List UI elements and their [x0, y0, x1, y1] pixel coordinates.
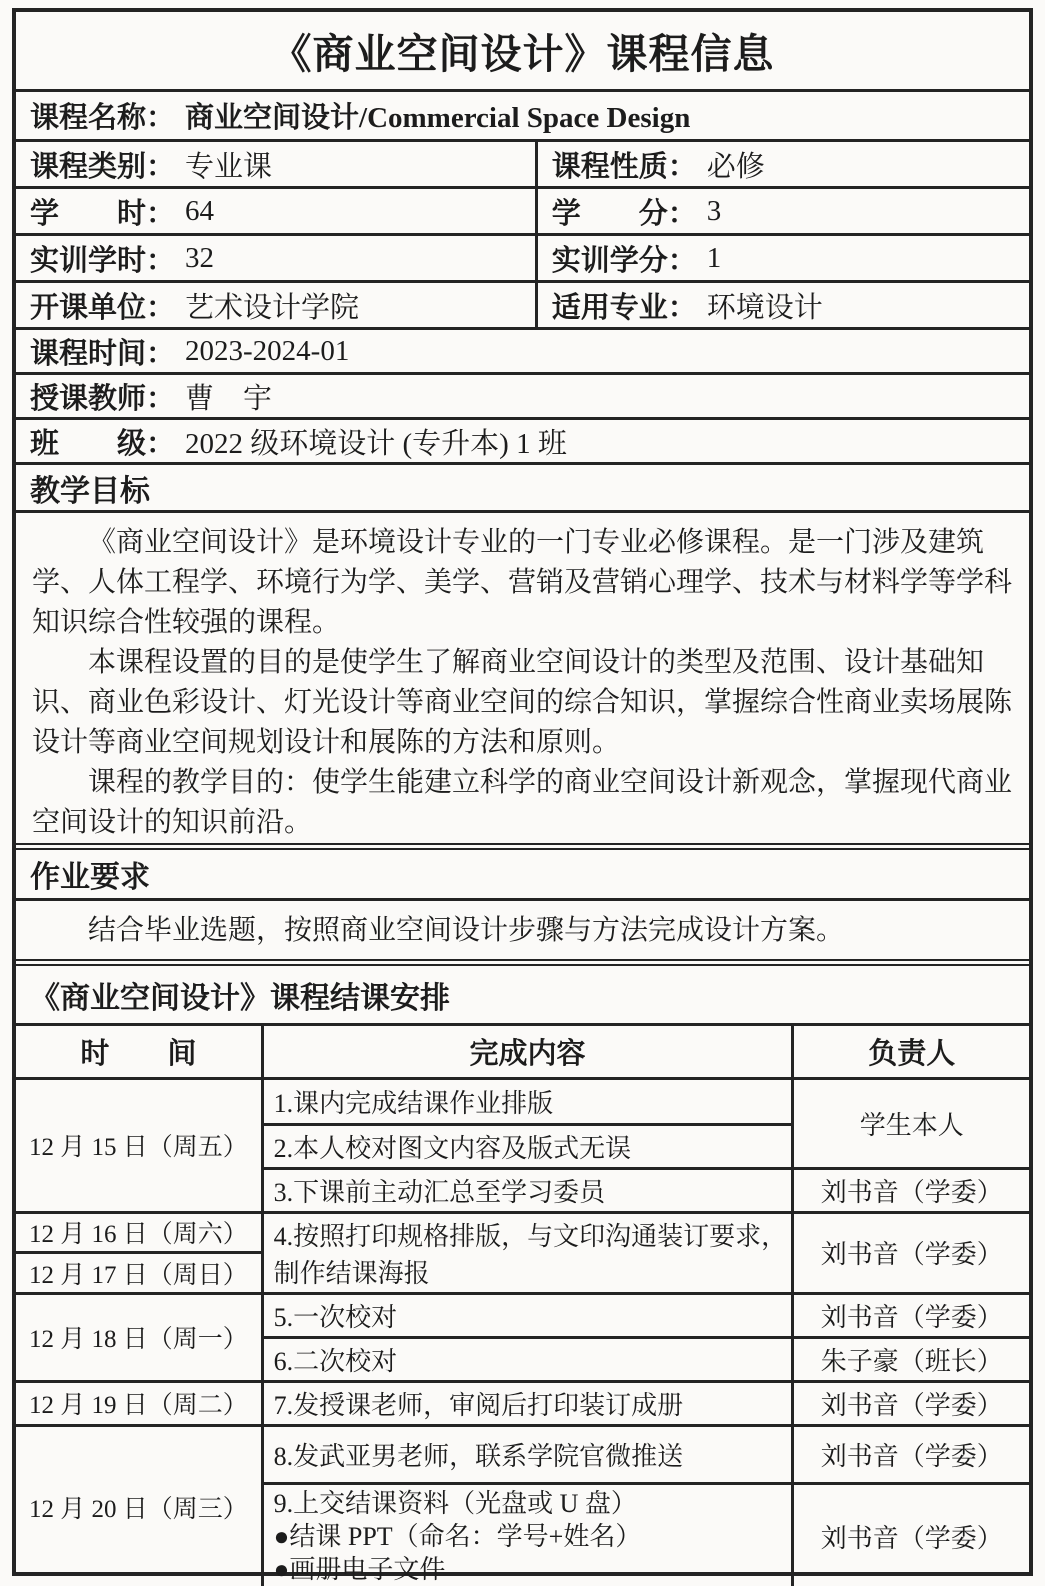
task-cell: 7.发授课老师，审阅后打印装订成册: [262, 1381, 793, 1425]
schedule-row: 12 月 18 日（周一） 5.一次校对 刘书音（学委）: [16, 1293, 1029, 1337]
schedule-row: 12 月 20 日（周三） 8.发武亚男老师，联系学院官微推送 刘书音（学委）: [16, 1425, 1029, 1483]
schedule-row: 12 月 16 日（周六） 4.按照打印规格排版，与文印沟通装订要求，制作结课海…: [16, 1212, 1029, 1253]
task-cell: 5.一次校对: [262, 1293, 793, 1337]
class-value: 2022 级环境设计 (专升本) 1 班: [185, 421, 567, 462]
training-hours-label: 实训学时：: [30, 238, 175, 279]
schedule-row: 12 月 15 日（周五） 1.课内完成结课作业排版 学生本人: [16, 1078, 1029, 1124]
training-hours-cell: 实训学时： 32: [16, 236, 538, 280]
schedule-header-row: 时 间 完成内容 负责人: [16, 1026, 1029, 1078]
date-cell: 12 月 15 日（周五）: [16, 1078, 262, 1212]
date-cell: 12 月 20 日（周三）: [16, 1425, 262, 1586]
training-credits-label: 实训学分：: [552, 238, 697, 279]
course-nature-label: 课程性质：: [552, 144, 697, 185]
person-cell: 学生本人: [793, 1078, 1029, 1168]
task-cell: 6.二次校对: [262, 1337, 793, 1381]
teaching-goals-paragraph: 课程的教学目的：使学生能建立科学的商业空间设计新观念，掌握现代商业空间设计的知识…: [32, 763, 1013, 843]
schedule-table: 时 间 完成内容 负责人 12 月 15 日（周五） 1.课内完成结课作业排版 …: [16, 1026, 1029, 1586]
course-time-value: 2023-2024-01: [185, 335, 349, 368]
teacher-label: 授课教师：: [30, 376, 175, 417]
class-label: 班 级：: [30, 421, 175, 462]
course-nature-cell: 课程性质： 必修: [538, 142, 1029, 186]
credits-value: 3: [707, 195, 722, 228]
class-hours-label: 学 时：: [30, 191, 175, 232]
training-credits-value: 1: [707, 242, 722, 275]
person-cell: 刘书音（学委）: [793, 1212, 1029, 1293]
task-line: 9.上交结课资料（光盘或 U 盘）: [274, 1487, 788, 1520]
schedule-header-person: 负责人: [793, 1026, 1029, 1078]
person-cell: 刘书音（学委）: [793, 1168, 1029, 1212]
schedule-row: 12 月 19 日（周二） 7.发授课老师，审阅后打印装订成册 刘书音（学委）: [16, 1381, 1029, 1425]
schedule-header-time: 时 间: [16, 1026, 262, 1078]
task-cell: 2.本人校对图文内容及版式无误: [262, 1124, 793, 1168]
page-title: 《商业空间设计》课程信息: [16, 12, 1029, 92]
task-cell: 8.发武亚男老师，联系学院官微推送: [262, 1425, 793, 1483]
course-name-label: 课程名称：: [30, 95, 175, 136]
task-line: ●结课 PPT（命名：学号+姓名）: [274, 1520, 788, 1553]
person-cell: 刘书音（学委）: [793, 1425, 1029, 1483]
teaching-goals-paragraph: 本课程设置的目的是使学生了解商业空间设计的类型及范围、设计基础知识、商业色彩设计…: [32, 643, 1013, 763]
teacher-value: 曹 宇: [185, 376, 272, 417]
course-category-label: 课程类别：: [30, 144, 175, 185]
credits-cell: 学 分： 3: [538, 189, 1029, 233]
homework-body: 结合毕业选题，按照商业空间设计步骤与方法完成设计方案。: [16, 901, 1029, 966]
department-value: 艺术设计学院: [185, 285, 359, 326]
course-category-cell: 课程类别： 专业课: [16, 142, 538, 186]
credits-label: 学 分：: [552, 191, 697, 232]
training-hours-value: 32: [185, 242, 214, 275]
course-name-value: 商业空间设计/Commercial Space Design: [185, 95, 690, 136]
class-hours-value: 64: [185, 195, 214, 228]
schedule-heading: 《商业空间设计》课程结课安排: [16, 966, 1029, 1026]
person-cell: 刘书音（学委）: [793, 1381, 1029, 1425]
course-name-row: 课程名称： 商业空间设计/Commercial Space Design: [16, 92, 1029, 142]
course-time-row: 课程时间： 2023-2024-01: [16, 330, 1029, 375]
date-cell: 12 月 18 日（周一）: [16, 1293, 262, 1381]
date-cell: 12 月 19 日（周二）: [16, 1381, 262, 1425]
course-category-value: 专业课: [185, 144, 272, 185]
course-info-table: 《商业空间设计》课程信息 课程名称： 商业空间设计/Commercial Spa…: [12, 8, 1033, 1576]
training-credits-cell: 实训学分： 1: [538, 236, 1029, 280]
teacher-row: 授课教师： 曹 宇: [16, 375, 1029, 420]
training-hours-credits-row: 实训学时： 32 实训学分： 1: [16, 236, 1029, 283]
teaching-goals-body: 《商业空间设计》是环境设计专业的一门专业必修课程。是一门涉及建筑学、人体工程学、…: [16, 513, 1029, 850]
task-cell: 9.上交结课资料（光盘或 U 盘） ●结课 PPT（命名：学号+姓名） ●画册电…: [262, 1483, 793, 1586]
department-cell: 开课单位： 艺术设计学院: [16, 283, 538, 327]
major-label: 适用专业：: [552, 285, 697, 326]
schedule-table-wrap: 时 间 完成内容 负责人 12 月 15 日（周五） 1.课内完成结课作业排版 …: [16, 1026, 1029, 1586]
homework-heading: 作业要求: [16, 850, 1029, 901]
course-nature-value: 必修: [707, 144, 765, 185]
person-cell: 朱子豪（班长）: [793, 1337, 1029, 1381]
department-major-row: 开课单位： 艺术设计学院 适用专业： 环境设计: [16, 283, 1029, 330]
schedule-header-content: 完成内容: [262, 1026, 793, 1078]
date-cell: 12 月 17 日（周日）: [16, 1253, 262, 1294]
course-time-label: 课程时间：: [30, 331, 175, 372]
teaching-goals-paragraph: 《商业空间设计》是环境设计专业的一门专业必修课程。是一门涉及建筑学、人体工程学、…: [32, 523, 1013, 643]
class-hours-cell: 学 时： 64: [16, 189, 538, 233]
task-cell: 4.按照打印规格排版，与文印沟通装订要求，制作结课海报: [262, 1212, 793, 1293]
task-cell: 1.课内完成结课作业排版: [262, 1078, 793, 1124]
hours-credits-row: 学 时： 64 学 分： 3: [16, 189, 1029, 236]
department-label: 开课单位：: [30, 285, 175, 326]
person-cell: 刘书音（学委）: [793, 1293, 1029, 1337]
task-cell: 3.下课前主动汇总至学习委员: [262, 1168, 793, 1212]
major-cell: 适用专业： 环境设计: [538, 283, 1029, 327]
major-value: 环境设计: [707, 285, 823, 326]
person-cell: 刘书音（学委）: [793, 1483, 1029, 1586]
date-cell: 12 月 16 日（周六）: [16, 1212, 262, 1253]
class-row: 班 级： 2022 级环境设计 (专升本) 1 班: [16, 420, 1029, 465]
document-page: 《商业空间设计》课程信息 课程名称： 商业空间设计/Commercial Spa…: [0, 0, 1045, 1586]
task-line: ●画册电子文件: [274, 1553, 788, 1586]
category-nature-row: 课程类别： 专业课 课程性质： 必修: [16, 142, 1029, 189]
teaching-goals-heading: 教学目标: [16, 465, 1029, 513]
